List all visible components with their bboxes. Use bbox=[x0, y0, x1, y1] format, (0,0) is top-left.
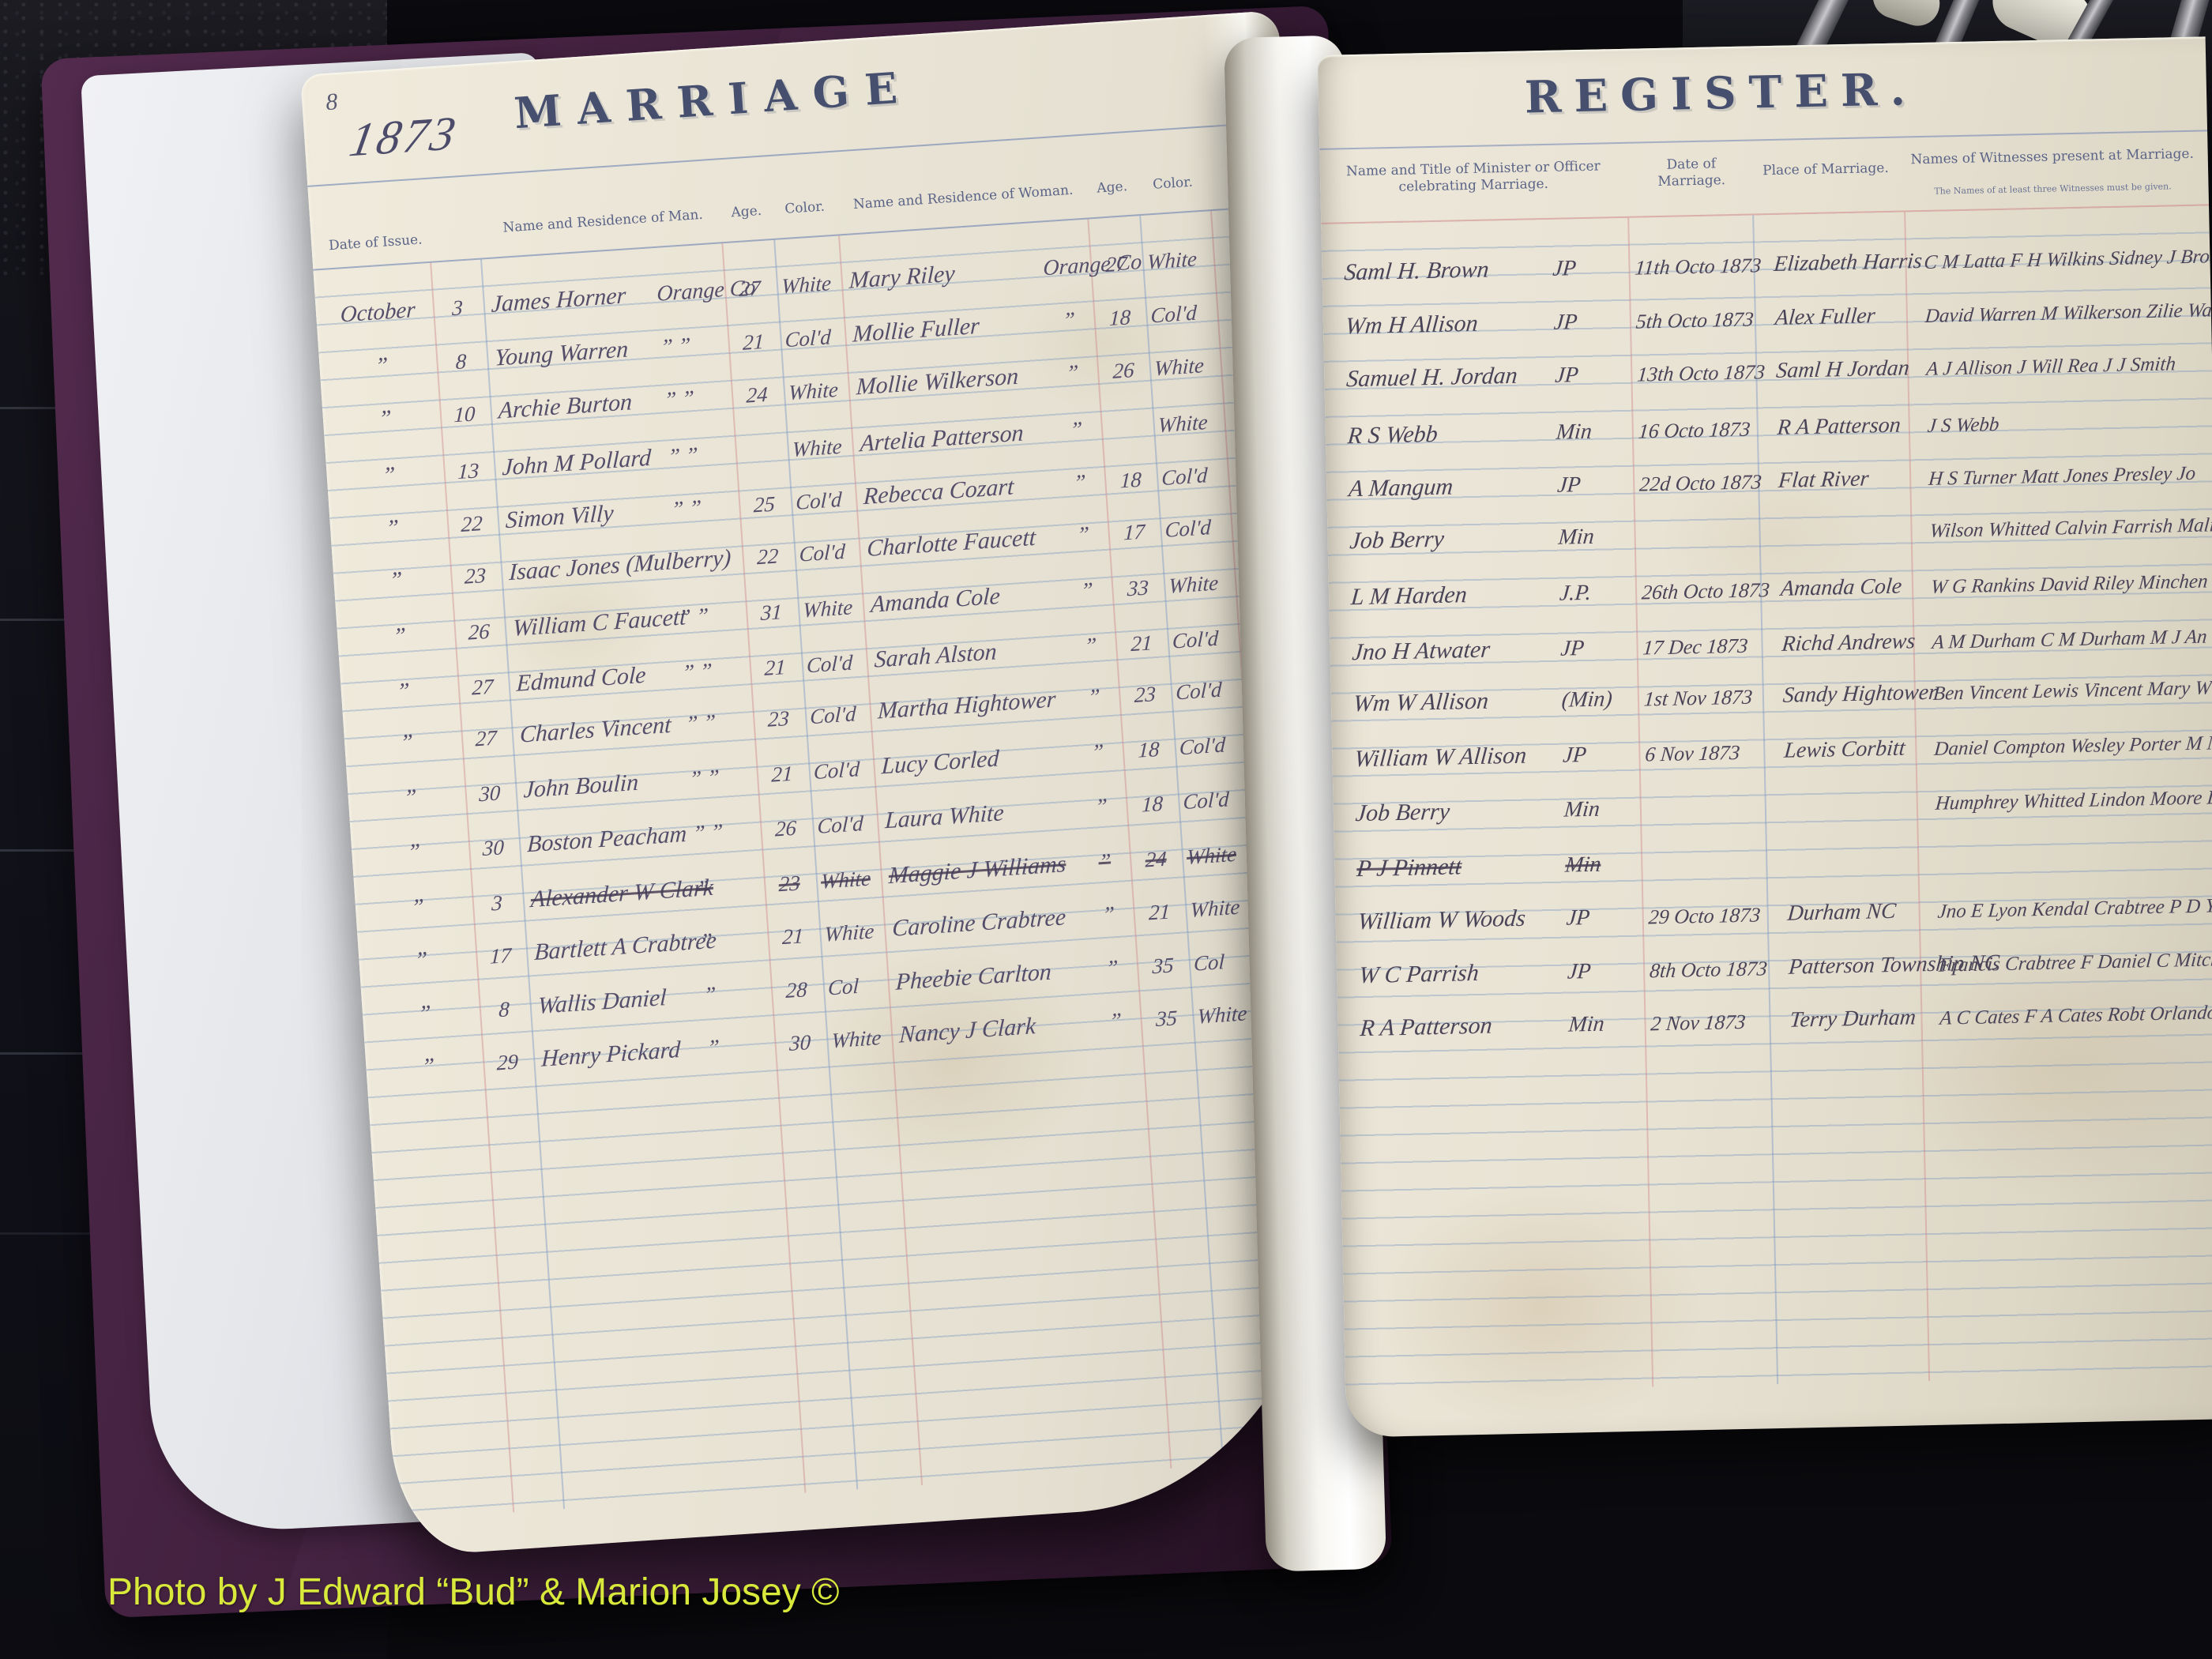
entry-man-age: 24 bbox=[733, 381, 781, 408]
entry-marriage-place: Lewis Corbitt bbox=[1783, 736, 1906, 764]
entry-woman-age: 18 bbox=[1129, 790, 1176, 818]
register-book-photo: 8 1873 MARRIAGE Date of Issue. Name and … bbox=[0, 0, 2212, 1659]
entry-minister-title: JP bbox=[1553, 310, 1578, 336]
entry-marriage-date: 17 Dec 1873 bbox=[1642, 634, 1774, 660]
entry-man-age: 21 bbox=[758, 761, 807, 788]
entry-month: ” bbox=[349, 565, 442, 597]
entry-marriage-place: Amanda Cole bbox=[1780, 574, 1903, 601]
entry-man-name: Wallis Daniel bbox=[537, 984, 667, 1020]
entry-woman-age: 33 bbox=[1115, 574, 1161, 602]
entry-woman-color: Col'd bbox=[1172, 626, 1218, 654]
entry-man-name: Edmund Cole bbox=[516, 662, 646, 698]
entry-minister-name: William W Allison bbox=[1353, 743, 1528, 773]
header-rule bbox=[1319, 130, 2207, 150]
entry-man-residence: ” ” bbox=[668, 443, 698, 471]
marriage-page: 8 1873 MARRIAGE Date of Issue. Name and … bbox=[300, 10, 1376, 1557]
entry-witnesses: Wilson Whitted Calvin Farrish Malinda W bbox=[1928, 513, 2212, 543]
column-header-date-of-issue: Date of Issue. bbox=[324, 231, 427, 255]
entry-minister-name: R A Patterson bbox=[1359, 1012, 1493, 1042]
entry-day: 29 bbox=[484, 1048, 531, 1076]
entry-marriage-place: Durham NC bbox=[1786, 898, 1897, 926]
entry-woman-color: Col'd bbox=[1150, 301, 1197, 329]
entry-marriage-place: Richd Andrews bbox=[1781, 629, 1916, 657]
entry-minister-title: (Min) bbox=[1561, 687, 1613, 713]
entry-man-name: Boston Peacham bbox=[527, 820, 687, 858]
entry-woman-age: 24 bbox=[1133, 846, 1179, 874]
entry-minister-name: Wm W Allison bbox=[1352, 687, 1490, 717]
entry-minister-name: Jno H Atwater bbox=[1351, 637, 1491, 667]
entry-woman-color: Col'd bbox=[1161, 463, 1208, 491]
entry-woman-residence: ” bbox=[1071, 683, 1116, 712]
entry-woman-name: Nancy J Clark bbox=[899, 1013, 1036, 1049]
entry-man-name: William C Faucett bbox=[512, 604, 687, 642]
entry-man-residence: ” ” bbox=[678, 604, 709, 631]
entry-witnesses: H S Turner Matt Jones Presley Jo bbox=[1928, 462, 2196, 490]
entry-minister-title: Min bbox=[1556, 419, 1593, 446]
entry-woman-color: White bbox=[1157, 410, 1208, 438]
register-entries: Saml H. Brown JP 11th Octo 1873 Elizabet… bbox=[1322, 220, 2212, 1050]
entry-man-age: 28 bbox=[773, 976, 821, 1004]
entry-man-age: 31 bbox=[747, 599, 796, 626]
column-header-witnesses: Names of Witnesses present at Marriage. bbox=[1908, 146, 2197, 169]
entry-man-color: White bbox=[781, 271, 832, 299]
entry-man-name: Simon Villy bbox=[505, 500, 614, 534]
entry-witnesses: Humphrey Whitted Lindon Moore Lane S bbox=[1935, 786, 2212, 815]
entry-man-color: Col'd bbox=[813, 757, 860, 784]
entry-man-age: 21 bbox=[769, 923, 817, 950]
column-header-age: Age. bbox=[720, 202, 772, 222]
entry-marriage-date: 5th Octo 1873 bbox=[1635, 307, 1768, 334]
entry-woman-age: 35 bbox=[1143, 1005, 1190, 1033]
entry-man-name: John M Pollard bbox=[502, 445, 652, 482]
entry-woman-name: Rebecca Cozart bbox=[863, 473, 1014, 510]
entry-witnesses: W G Rankins David Riley Minchen Park bbox=[1930, 570, 2212, 599]
entry-man-name: Charles Vincent bbox=[519, 711, 671, 748]
entry-woman-color: White bbox=[1153, 353, 1204, 381]
entry-man-residence: ” bbox=[706, 1035, 720, 1061]
entry-man-color: Col'd bbox=[796, 487, 842, 514]
handwritten-year: 1873 bbox=[345, 106, 462, 168]
entry-minister-title: JP bbox=[1556, 472, 1582, 498]
entry-marriage-date: 16 Octo 1873 bbox=[1638, 417, 1770, 444]
entry-woman-name: Martha Hightower bbox=[877, 686, 1056, 724]
entry-marriage-date bbox=[1648, 874, 1779, 876]
entry-woman-name: Laura White bbox=[885, 799, 1005, 834]
entry-man-color: White bbox=[824, 919, 875, 946]
entry-minister-name: L M Harden bbox=[1350, 581, 1469, 611]
marriage-entries: October 3 James Horner Orange Co 27 Whit… bbox=[314, 216, 1345, 1091]
entry-woman-age: 18 bbox=[1108, 466, 1154, 494]
entry-woman-color: White bbox=[1197, 1001, 1247, 1029]
entry-woman-age: 26 bbox=[1100, 356, 1147, 384]
entry-man-color: White bbox=[788, 377, 838, 404]
entry-woman-name: Lucy Corled bbox=[881, 745, 999, 780]
column-header-woman: Name and Residence of Woman. bbox=[841, 182, 1086, 215]
entry-man-color: White bbox=[792, 434, 842, 462]
entry-man-color: Col'd bbox=[817, 811, 863, 838]
entry-day: 10 bbox=[441, 401, 487, 428]
entry-month: ” bbox=[339, 403, 431, 435]
entry-day: 3 bbox=[434, 294, 480, 322]
entry-witnesses: A C Cates F A Cates Robt Orlando bbox=[1939, 1002, 2212, 1029]
entry-woman-name: Amanda Cole bbox=[870, 582, 1000, 618]
register-page: REGISTER. Name and Title of Minister or … bbox=[1318, 36, 2212, 1437]
entry-man-residence: ” bbox=[696, 876, 709, 902]
entry-witnesses: A J Allison J Will Rea J J Smith bbox=[1925, 353, 2176, 381]
entry-day: 13 bbox=[445, 457, 491, 485]
entry-woman-name: Mollie Wilkerson bbox=[856, 363, 1019, 401]
entry-woman-color: White bbox=[1187, 842, 1237, 870]
entry-minister-title: JP bbox=[1565, 905, 1590, 931]
entry-month: ” bbox=[360, 727, 453, 759]
column-header-man: Name and Residence of Man. bbox=[486, 205, 720, 238]
entry-marriage-place: Flat River bbox=[1777, 466, 1870, 493]
metal-fitting bbox=[1867, 0, 1945, 32]
entry-marriage-place: Elizabeth Harris bbox=[1773, 248, 1923, 276]
column-header-age: Age. bbox=[1086, 178, 1138, 197]
entry-minister-name: William W Woods bbox=[1356, 905, 1526, 935]
entry-man-age: 30 bbox=[776, 1029, 824, 1056]
entry-woman-residence: ” bbox=[1046, 307, 1091, 335]
entry-day: 3 bbox=[474, 890, 521, 917]
entry-man-age: 21 bbox=[729, 329, 777, 356]
entry-man-residence: ” bbox=[703, 983, 717, 1009]
entry-woman-residence: ” bbox=[1064, 577, 1109, 605]
entry-day: 22 bbox=[449, 510, 495, 538]
page-title-marriage: MARRIAGE bbox=[491, 60, 936, 140]
entry-woman-residence: ” bbox=[1050, 359, 1095, 388]
entry-witnesses: Daniel Compton Wesley Porter M Mc bbox=[1933, 732, 2212, 761]
entry-minister-name: R S Webb bbox=[1346, 421, 1439, 450]
entry-marriage-date: 29 Octo 1873 bbox=[1647, 902, 1780, 929]
entry-marriage-place: Saml H Jordan bbox=[1775, 355, 1910, 384]
entry-minister-title: JP bbox=[1554, 363, 1579, 389]
entry-man-color: Col bbox=[828, 974, 860, 1001]
entry-woman-color: Col bbox=[1194, 950, 1225, 976]
entry-woman-name: Mary Riley bbox=[848, 260, 955, 294]
entry-man-name: John Boulin bbox=[523, 769, 639, 804]
entry-minister-title: JP bbox=[1559, 636, 1585, 662]
entry-woman-residence: ” bbox=[1082, 848, 1127, 877]
entry-man-color: White bbox=[831, 1025, 882, 1053]
entry-woman-residence: ” bbox=[1068, 633, 1113, 661]
entry-man-age: 22 bbox=[743, 543, 792, 570]
entry-woman-residence: ” bbox=[1093, 1007, 1138, 1036]
entry-witnesses: Ben Vincent Lewis Vincent Mary W bbox=[1932, 677, 2212, 705]
entry-man-color: Col'd bbox=[806, 650, 852, 678]
entry-marriage-date: 6 Nov 1873 bbox=[1644, 740, 1777, 767]
entry-minister-title: Min bbox=[1563, 796, 1601, 822]
entry-witnesses: Jno E Lyon Kendal Crabtree P D Y bbox=[1937, 895, 2212, 923]
column-header-witnesses-note: The Names of at least three Witnesses mu… bbox=[1908, 181, 2197, 197]
entry-marriage-date: 13th Octo 1873 bbox=[1636, 360, 1769, 387]
column-header-place-of-marriage: Place of Marriage. bbox=[1756, 160, 1895, 180]
entry-minister-title: JP bbox=[1552, 256, 1577, 282]
entry-minister-title: J.P. bbox=[1559, 580, 1593, 606]
entry-woman-age: 27 bbox=[1093, 250, 1140, 278]
entry-month: ” bbox=[382, 1051, 474, 1083]
entry-woman-age: 21 bbox=[1136, 898, 1183, 926]
column-header-minister: Name and Title of Minister or Officer ce… bbox=[1339, 158, 1608, 197]
entry-man-color: Col'd bbox=[810, 702, 856, 729]
entry-month: ” bbox=[335, 350, 427, 382]
entry-man-color: Col'd bbox=[799, 540, 845, 567]
entry-woman-age bbox=[1105, 438, 1151, 442]
entry-man-age bbox=[738, 463, 785, 466]
entry-man-name: Henry Pickard bbox=[541, 1036, 681, 1072]
entry-woman-residence: ” bbox=[1060, 521, 1105, 550]
entry-day: 27 bbox=[459, 674, 506, 702]
entry-marriage-date: 1st Nov 1873 bbox=[1643, 684, 1776, 711]
entry-woman-name: Artelia Patterson bbox=[860, 419, 1024, 457]
entry-woman-residence: ” bbox=[1075, 739, 1120, 767]
entry-marriage-place: Alex Fuller bbox=[1774, 303, 1876, 331]
entry-woman-name: Mollie Fuller bbox=[852, 313, 980, 348]
entry-woman-color: Col'd bbox=[1164, 515, 1211, 543]
entry-woman-age: 21 bbox=[1119, 630, 1165, 657]
entry-day: 17 bbox=[477, 942, 524, 969]
entry-man-residence: ” ” bbox=[664, 386, 694, 413]
entry-man-residence: ” ” bbox=[660, 333, 690, 361]
entry-woman-name: Charlotte Faucett bbox=[867, 525, 1036, 562]
entry-man-color: White bbox=[821, 866, 871, 893]
entry-month: ” bbox=[371, 892, 464, 924]
entry-man-name: Young Warren bbox=[495, 336, 629, 371]
entry-woman-residence: ” bbox=[1089, 955, 1134, 984]
entry-month: ” bbox=[374, 944, 467, 976]
entry-woman-age: 23 bbox=[1122, 681, 1168, 709]
entry-witnesses: A M Durham C M Durham M J An bbox=[1931, 626, 2207, 654]
entry-minister-name: P J Pinnett bbox=[1356, 853, 1463, 882]
entry-woman-color: Col'd bbox=[1183, 787, 1229, 814]
entry-minister-name: Samuel H. Jordan bbox=[1345, 362, 1518, 393]
entry-man-color: Col'd bbox=[784, 325, 831, 352]
entry-marriage-date bbox=[1641, 546, 1772, 548]
entry-month: ” bbox=[357, 675, 450, 708]
entry-month: October bbox=[332, 296, 424, 329]
entry-marriage-place: Sandy Hightower bbox=[1782, 679, 1939, 708]
entry-woman-name: Pheebie Carlton bbox=[895, 959, 1051, 996]
entry-man-residence: ” ” bbox=[682, 659, 713, 687]
entry-woman-name: Caroline Crabtree bbox=[892, 904, 1066, 942]
entry-month: ” bbox=[364, 782, 457, 814]
entry-day: 30 bbox=[470, 834, 517, 862]
entry-minister-title: Min bbox=[1567, 1011, 1605, 1037]
entry-witnesses: J S Webb bbox=[1927, 414, 2000, 438]
entry-day: 8 bbox=[438, 348, 484, 375]
entry-month: ” bbox=[346, 512, 438, 544]
entry-woman-color: White bbox=[1146, 246, 1197, 274]
entry-man-name: Bartlett A Crabtree bbox=[534, 927, 717, 965]
entry-man-age: 21 bbox=[751, 654, 799, 682]
column-header-date-of-marriage: Date of Marriage. bbox=[1635, 156, 1749, 192]
entry-marriage-date: 8th Octo 1873 bbox=[1649, 957, 1781, 984]
entry-man-residence: ” ” bbox=[689, 766, 720, 793]
column-header-color: Color. bbox=[1138, 173, 1207, 194]
entry-woman-age: 18 bbox=[1126, 736, 1172, 764]
entry-man-age: 25 bbox=[740, 491, 788, 518]
entry-woman-color: Col'd bbox=[1179, 732, 1225, 760]
entry-man-residence: ” ” bbox=[685, 710, 716, 738]
entry-man-age: 23 bbox=[766, 870, 814, 897]
entry-woman-residence: ” bbox=[1085, 901, 1130, 929]
entry-man-name: Archie Burton bbox=[498, 389, 633, 424]
entry-minister-name: W C Parrish bbox=[1358, 960, 1480, 989]
entry-witnesses: David Warren M Wilkerson Zilie Warren bbox=[1924, 299, 2212, 328]
entry-marriage-place: Terry Durham bbox=[1789, 1005, 1917, 1033]
entry-month: ” bbox=[378, 998, 471, 1030]
entry-day: 27 bbox=[463, 724, 510, 752]
entry-minister-name: A Mangum bbox=[1348, 473, 1454, 502]
entry-woman-color: Col'd bbox=[1176, 677, 1222, 705]
entry-woman-residence: ” bbox=[1078, 793, 1123, 822]
entry-woman-name: Sarah Alston bbox=[874, 638, 997, 673]
entry-minister-title: JP bbox=[1562, 743, 1587, 769]
entry-marriage-place: R A Patterson bbox=[1776, 413, 1902, 441]
entry-marriage-date: 22d Octo 1873 bbox=[1638, 470, 1771, 497]
entry-marriage-date bbox=[1646, 818, 1777, 820]
entry-man-residence: ” ” bbox=[692, 819, 723, 847]
entry-man-residence: ” bbox=[699, 928, 713, 954]
entry-day: 30 bbox=[466, 780, 513, 807]
entry-minister-title: Min bbox=[1557, 525, 1595, 551]
entry-woman-residence: ” bbox=[1057, 468, 1102, 497]
entry-minister-name: Saml H. Brown bbox=[1343, 256, 1490, 286]
entry-minister-name: Wm H Allison bbox=[1345, 310, 1480, 340]
entry-man-color: White bbox=[803, 595, 853, 623]
entry-man-age: 23 bbox=[754, 705, 803, 732]
entry-month: ” bbox=[353, 620, 446, 653]
entry-day: 26 bbox=[456, 618, 502, 645]
photographer-watermark: Photo by J Edward “Bud” & Marion Josey © bbox=[107, 1571, 839, 1614]
page-title-register: REGISTER. bbox=[1499, 62, 1943, 124]
entry-woman-age: 17 bbox=[1111, 518, 1157, 546]
entry-man-name: James Horner bbox=[491, 282, 626, 318]
entry-minister-title: JP bbox=[1567, 959, 1592, 985]
column-header-color: Color. bbox=[773, 198, 837, 220]
entry-marriage-date: 26th Octo 1873 bbox=[1641, 578, 1774, 605]
entry-man-age: 26 bbox=[762, 814, 810, 842]
entry-man-age: 27 bbox=[726, 274, 774, 302]
entry-minister-name: Job Berry bbox=[1349, 526, 1445, 555]
entry-minister-name: Job Berry bbox=[1354, 798, 1450, 827]
entry-month: ” bbox=[342, 460, 434, 492]
entry-woman-age: 35 bbox=[1140, 952, 1187, 980]
entry-day: 23 bbox=[452, 562, 498, 590]
entry-woman-residence: ” bbox=[1053, 416, 1098, 445]
entry-woman-age: 18 bbox=[1097, 304, 1143, 332]
entry-woman-color: White bbox=[1168, 570, 1219, 598]
entry-man-residence: ” ” bbox=[671, 495, 702, 523]
entry-man-name: Isaac Jones (Mulberry) bbox=[509, 544, 732, 586]
entry-minister-title: Min bbox=[1564, 852, 1602, 878]
entry-witnesses: C M Latta F H Wilkins Sidney J Brown bbox=[1923, 245, 2212, 273]
entry-marriage-date: 2 Nov 1873 bbox=[1650, 1009, 1782, 1036]
entry-marriage-date: 11th Octo 1873 bbox=[1634, 254, 1766, 280]
entry-month: ” bbox=[367, 836, 460, 868]
entry-woman-color: White bbox=[1190, 894, 1240, 922]
page-number: 8 bbox=[325, 88, 338, 116]
entry-woman-residence: Orange Co bbox=[1043, 253, 1088, 281]
entry-day: 8 bbox=[481, 996, 528, 1024]
